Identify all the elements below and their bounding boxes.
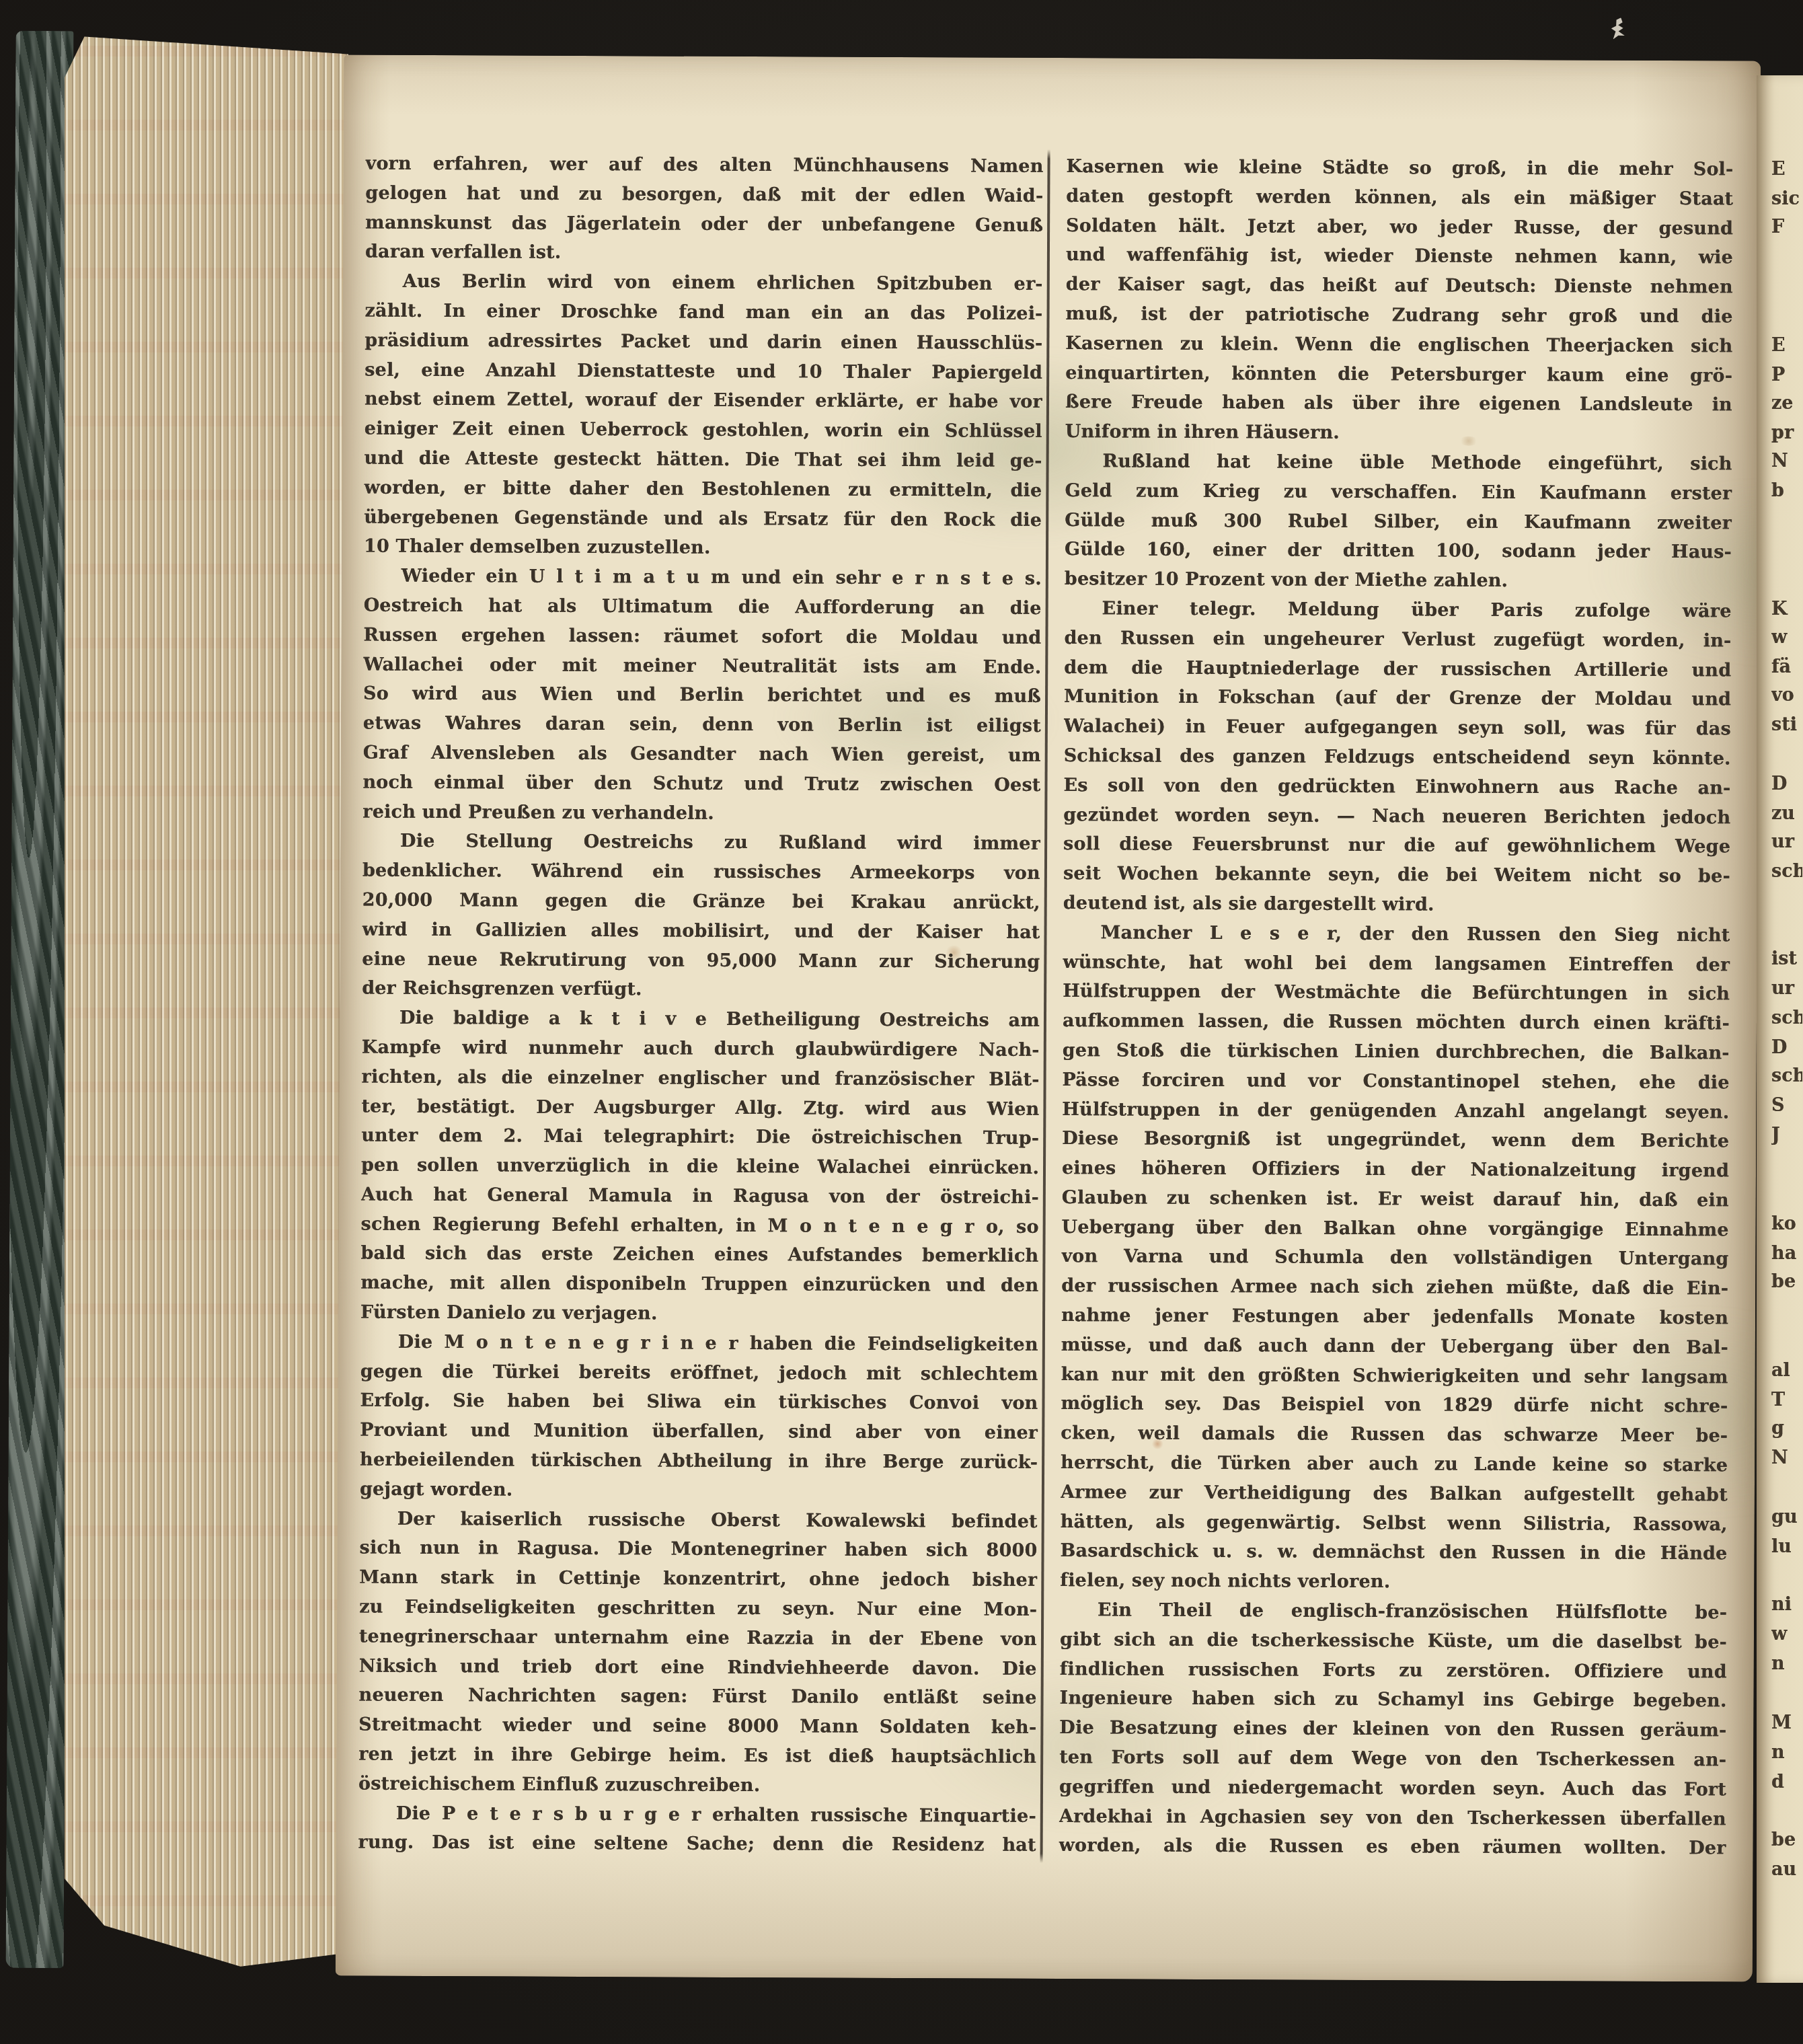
text-line: herrscht, die Türken aber auch zu Lande … xyxy=(1061,1448,1728,1480)
book-scan-photo: { "document": { "language": "de", "scrip… xyxy=(0,0,1803,2044)
text-line: Gülde muß 300 Rubel Silber, ein Kaufmann… xyxy=(1065,506,1732,538)
text-line: findlichen russischen Forts zu zerstören… xyxy=(1060,1655,1727,1687)
text-line: nebst einem Zettel, worauf der Eisender … xyxy=(365,385,1042,417)
text-line: Die Besatzung eines der kleinen von den … xyxy=(1059,1713,1726,1745)
text-line: Fürsten Danielo zu verjagen. xyxy=(360,1298,1038,1330)
fore-edge-page-stack xyxy=(65,27,348,1980)
text-line: einiger Zeit einen Ueberrock gestohlen, … xyxy=(365,414,1042,447)
text-line: cken, weil damals die Russen das schwarz… xyxy=(1061,1418,1728,1451)
text-line: besitzer 10 Prozent von der Miethe zahle… xyxy=(1065,564,1732,597)
text-line: der Reichsgrenzen verfügt. xyxy=(362,974,1040,1006)
text-line: Streitmacht wieder und seine 8000 Mann S… xyxy=(358,1710,1036,1743)
text-line: Uebergang über den Balkan ohne vorgängig… xyxy=(1062,1213,1729,1245)
text-line: worden, er bitte daher den Bestohlenen z… xyxy=(364,473,1042,505)
text-line: übergebenen Gegenstände und als Ersatz f… xyxy=(364,502,1042,535)
text-line: Glauben zu schenken ist. Er weist darauf… xyxy=(1062,1183,1729,1215)
right-column: Kasernen wie kleine Städte so groß, in d… xyxy=(1059,152,1734,1864)
text-line: noch einmal über den Schutz und Trutz zw… xyxy=(362,767,1040,800)
text-line: Mann stark in Cettinje konzentrirt, ohne… xyxy=(359,1563,1037,1595)
text-line: 10 Thaler demselben zuzustellen. xyxy=(364,532,1042,564)
text-line: Hülfstruppen in der genügenden Anzahl an… xyxy=(1062,1095,1729,1127)
text-line: Mancher L e s e r, der den Russen den Si… xyxy=(1063,918,1730,950)
text-line: präsidium adressirtes Packet und darin e… xyxy=(365,326,1042,358)
text-line: Ardekhai in Agchasien sey von den Tscher… xyxy=(1059,1802,1726,1834)
text-line: mache, mit allen disponibeln Truppen ein… xyxy=(360,1269,1038,1301)
text-line: tenegrinerschaar unternahm eine Razzia i… xyxy=(359,1622,1037,1654)
text-line: herbeieilenden türkischen Abtheilung in … xyxy=(360,1445,1038,1478)
text-line: den Russen ein ungeheurer Verlust zugefü… xyxy=(1064,623,1731,656)
text-line: sel, eine Anzahl Dienstatteste und 10 Th… xyxy=(365,355,1042,387)
text-line: Ein Theil de englisch-französischen Hülf… xyxy=(1060,1595,1727,1628)
text-line: Gülde 160, einer der dritten 100, sodann… xyxy=(1065,535,1732,567)
text-line: Die Stellung Oestreichs zu Rußland wird … xyxy=(362,827,1040,859)
text-line: wünschte, hat wohl bei dem langsamen Ein… xyxy=(1063,948,1730,980)
text-line: ten Forts soll auf dem Wege von den Tsch… xyxy=(1059,1743,1726,1775)
text-line: hätten, als gegenwärtig. Selbst wenn Sil… xyxy=(1061,1507,1728,1540)
text-line: Niksich und trieb dort eine Rindviehheer… xyxy=(359,1651,1037,1683)
text-line: Pässe forciren und vor Constantinopel st… xyxy=(1063,1065,1730,1098)
text-line: Auch hat General Mamula in Ragusa von de… xyxy=(361,1180,1039,1212)
text-line: kan nur mit den größten Schwierigkeiten … xyxy=(1061,1360,1728,1392)
text-line: Aus Berlin wird von einem ehrlichen Spit… xyxy=(365,267,1043,299)
text-line: einquartirten, könnten die Petersburger … xyxy=(1065,358,1732,391)
text-line: gelogen hat und zu besorgen, daß mit der… xyxy=(365,178,1043,211)
text-line: möglich sey. Das Beispiel von 1829 dürfe… xyxy=(1061,1390,1728,1422)
text-line: ren jetzt in ihre Gebirge heim. Es ist d… xyxy=(358,1740,1036,1772)
text-line: zählt. In einer Droschke fand man ein an… xyxy=(365,297,1042,329)
text-line: reich und Preußen zu verhandeln. xyxy=(362,797,1040,829)
text-line: schen Regierung Befehl erhalten, in M o … xyxy=(361,1209,1039,1242)
text-line: ßere Freude haben als über ihre eigenen … xyxy=(1065,387,1732,420)
scratch-mark xyxy=(1609,16,1629,42)
text-line: und waffenfähig ist, wieder Dienste nehm… xyxy=(1066,240,1733,272)
text-line: Soldaten hält. Jetzt aber, wo jeder Russ… xyxy=(1066,211,1733,243)
text-line: zu Feindseligkeiten geschritten zu seyn.… xyxy=(359,1593,1037,1625)
text-line: wird in Gallizien alles mobilisirt, und … xyxy=(362,915,1040,947)
text-line: der Kaiser sagt, das heißt auf Deutsch: … xyxy=(1066,270,1733,302)
text-line: Munition in Fokschan (auf der Grenze der… xyxy=(1064,682,1731,714)
text-line: Rußland hat keine üble Methode eingeführ… xyxy=(1065,447,1732,479)
text-line: sich nun in Ragusa. Die Montenegriner ha… xyxy=(359,1534,1037,1566)
text-line: Erfolg. Sie haben bei Sliwa ein türkisch… xyxy=(360,1386,1038,1418)
page-scan: vorn erfahren, wer auf des alten Münchha… xyxy=(336,54,1761,1981)
text-line: 20,000 Mann gegen die Gränze bei Krakau … xyxy=(362,885,1040,917)
text-line: unter dem 2. Mai telegraphirt: Die östre… xyxy=(361,1121,1039,1153)
text-line: worden, als die Russen es eben räumen wo… xyxy=(1059,1831,1726,1864)
text-line: Armee zur Vertheidigung des Balkan aufge… xyxy=(1061,1478,1728,1510)
text-line: Schicksal des ganzen Feldzugs entscheide… xyxy=(1064,741,1731,773)
text-line: daran verfallen ist. xyxy=(365,237,1043,270)
text-line: gen Stoß die türkischen Linien durchbrec… xyxy=(1063,1036,1730,1068)
text-line: Die M o n t e n e g r i n e r haben die … xyxy=(360,1327,1038,1359)
text-line: Graf Alvensleben als Gesandter nach Wien… xyxy=(363,738,1041,770)
text-line: richten, als die einzelner englischer un… xyxy=(362,1062,1040,1094)
text-line: daten gestopft werden können, als ein mä… xyxy=(1066,182,1733,214)
text-line: fielen, sey noch nichts verloren. xyxy=(1060,1566,1727,1598)
text-line: müsse, und daß auch dann der Uebergang ü… xyxy=(1061,1330,1728,1363)
text-line: eines höheren Offiziers in der Nationalz… xyxy=(1062,1153,1729,1186)
text-line: vorn erfahren, wer auf des alten Münchha… xyxy=(365,149,1043,182)
next-page-fold-sliver xyxy=(1757,75,1803,1983)
text-line: mannskunst das Jägerlatein oder der unbe… xyxy=(365,208,1043,240)
text-line: Oestreich hat als Ultimatum die Aufforde… xyxy=(364,591,1042,623)
text-line: Basardschick u. s. w. demnächst den Russ… xyxy=(1060,1537,1727,1569)
text-line: bald sich das erste Zeichen eines Aufsta… xyxy=(360,1239,1038,1271)
text-line: etwas Wahres daran sein, denn von Berlin… xyxy=(363,709,1041,741)
text-line: seit Wochen bekannte seyn, die bei Weite… xyxy=(1063,859,1730,891)
text-line: Uniform in ihren Häusern. xyxy=(1065,417,1732,449)
text-line: aufkommen lassen, die Russen möchten dur… xyxy=(1063,1006,1730,1038)
text-line: ter, bestätigt. Der Augsburger Allg. Ztg… xyxy=(361,1092,1039,1124)
text-line: Kasernen zu klein. Wenn die englischen T… xyxy=(1065,329,1732,361)
text-line: Die P e t e r s b u r g e r erhalten rus… xyxy=(358,1799,1036,1831)
text-line: Diese Besorgniß ist ungegründet, wenn de… xyxy=(1062,1124,1729,1156)
text-line: bedenklicher. Während ein russisches Arm… xyxy=(362,856,1040,888)
text-line: Wieder ein U l t i m a t u m und ein seh… xyxy=(364,562,1042,594)
text-line: der russischen Armee nach sich ziehen mü… xyxy=(1061,1271,1728,1303)
text-line: gibt sich an die tscherkessische Küste, … xyxy=(1060,1625,1727,1657)
text-line: gezündet worden seyn. — Nach neueren Ber… xyxy=(1063,800,1730,833)
text-line: von Varna und Schumla den vollständigen … xyxy=(1061,1242,1728,1275)
text-line: gegen die Türkei bereits eröffnet, jedoc… xyxy=(360,1357,1038,1389)
text-line: und die Atteste gesteckt hätten. Die Tha… xyxy=(365,444,1042,476)
text-line: deutend ist, als sie dargestellt wird. xyxy=(1063,888,1730,921)
text-line: Walachei) in Feuer aufgegangen seyn soll… xyxy=(1064,712,1731,744)
text-line: östreichischem Einfluß zuzuschreiben. xyxy=(358,1769,1036,1801)
text-line: Proviant und Munition überfallen, sind a… xyxy=(360,1416,1038,1448)
text-line: pen sollen unverzüglich in die kleine Wa… xyxy=(361,1151,1039,1183)
text-line: nahme jener Festungen aber jedenfalls Mo… xyxy=(1061,1301,1728,1333)
text-line: Ingenieure haben sich zu Schamyl ins Geb… xyxy=(1059,1684,1726,1716)
text-line: Geld zum Krieg zu verschaffen. Ein Kaufm… xyxy=(1065,476,1732,508)
text-line: Wallachei oder mit meiner Neutralität is… xyxy=(363,650,1041,682)
left-column: vorn erfahren, wer auf des alten Münchha… xyxy=(358,149,1044,1861)
text-line: dem die Hauptniederlage der russischen A… xyxy=(1064,653,1731,685)
text-line: rung. Das ist eine seltene Sache; denn d… xyxy=(358,1828,1036,1860)
text-line: eine neue Rekrutirung von 95,000 Mann zu… xyxy=(362,944,1040,977)
text-line: gejagt worden. xyxy=(360,1474,1038,1507)
text-line: Es soll von den gedrückten Einwohnern au… xyxy=(1063,771,1730,803)
text-line: Kampfe wird nunmehr auch durch glaubwürd… xyxy=(362,1032,1040,1065)
text-line: muß, ist der patriotische Zudrang sehr g… xyxy=(1065,299,1732,332)
text-line: soll diese Feuersbrunst nur die auf gewö… xyxy=(1063,829,1730,862)
text-line: Kasernen wie kleine Städte so groß, in d… xyxy=(1066,152,1733,184)
text-line: Der kaiserlich russische Oberst Kowalews… xyxy=(360,1504,1038,1536)
text-line: Einer telegr. Meldung über Paris zufolge… xyxy=(1065,594,1732,626)
text-line: neueren Nachrichten sagen: Fürst Danilo … xyxy=(359,1681,1037,1713)
book-cover-edge xyxy=(5,31,73,1968)
text-line: Russen ergehen lassen: räumet sofort die… xyxy=(363,620,1041,652)
text-line: gegriffen und niedergemacht worden seyn.… xyxy=(1059,1772,1726,1805)
text-line: Hülfstruppen der Westmächte die Befürcht… xyxy=(1063,977,1730,1009)
text-line: Die baldige a k t i v e Betheiligung Oes… xyxy=(362,1004,1040,1036)
text-line: So wird aus Wien und Berlin berichtet un… xyxy=(363,679,1041,712)
